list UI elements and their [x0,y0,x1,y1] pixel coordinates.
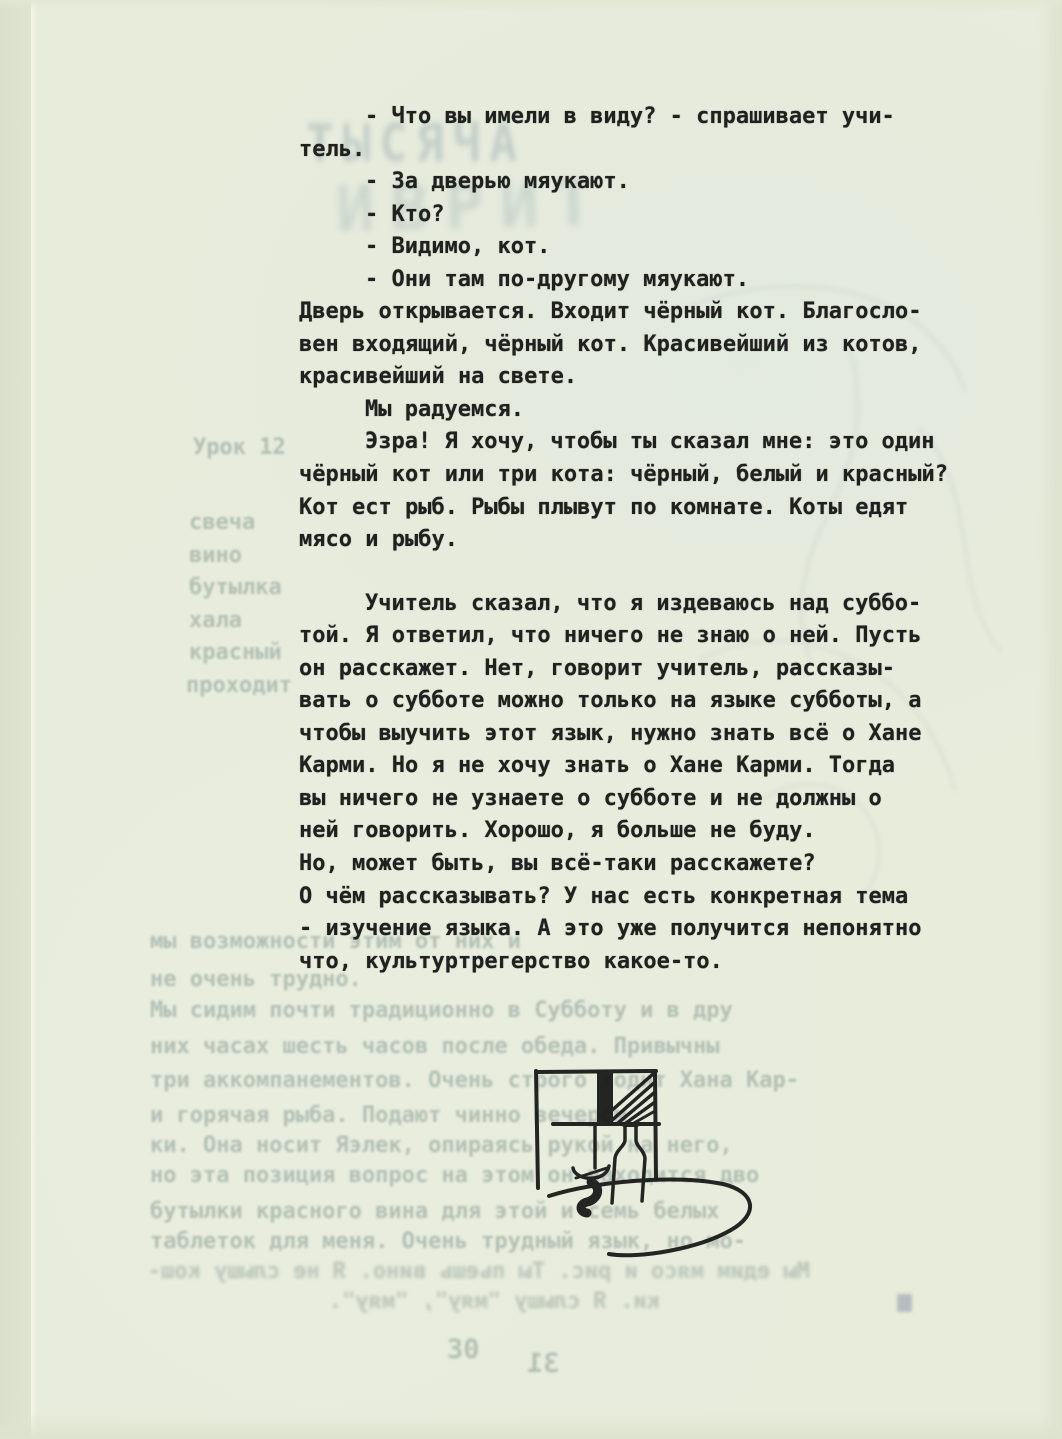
typed-line: чтобы выучить этот язык, нужно знать всё… [299,718,979,751]
typed-line: - Кто? [299,199,979,232]
ghost-page-number: 30 [447,1334,480,1365]
typed-line: Дверь открывается. Входит чёрный кот. Бл… [299,296,979,329]
typed-line: Кот ест рыб. Рыбы плывут по комнате. Кот… [299,492,979,525]
page-background: ТЫСЯЧА ИВРИТ Урок 12 свеча вино бутылка … [0,0,1062,1439]
ghost-vocab-word: красный [189,640,282,665]
typed-line: О чём рассказывать? У нас есть конкретна… [299,881,979,914]
page-edge-right [1038,0,1062,1439]
ink-smudge [897,1294,912,1312]
typed-line: ней говорить. Хорошо, я больше не буду. [299,815,979,848]
typed-line: - За дверью мяукают. [299,166,979,199]
ghost-vocab-word: вино [189,543,242,568]
typed-line: чёрный кот или три кота: чёрный, белый и… [299,459,979,492]
page-edge-top [0,0,1062,10]
ghost-text-line-mirrored: ки. Я слышу "мяу", "мяу". [150,1289,660,1314]
page-edge-left [0,0,31,1439]
typed-line: вен входящий, чёрный кот. Красивейший из… [299,329,979,362]
typed-line: - изучение языка. А это уже получится не… [299,913,979,946]
typed-line: что, культуртрегерство какое-то. [299,946,979,979]
ghost-vocab-word: бутылка [189,575,282,600]
typed-line: мясо и рыбу. [299,524,979,557]
ink-still-life-drawing [513,1056,768,1261]
page-edge-seam [31,0,37,1439]
ghost-text-line-mirrored: Мы едим мясо и рис. Ты пьешь вино. Я не … [150,1259,810,1284]
typed-line: вать о субботе можно только на языке суб… [299,685,979,718]
typed-line: - Видимо, кот. [299,231,979,264]
typed-line: Карми. Но я не хочу знать о Хане Карми. … [299,750,979,783]
ghost-text-line: Мы сидим почти традиционно в Субботу и в… [150,998,733,1023]
ghost-lesson-label: Урок 12 [193,435,286,460]
ghost-page-number-mirrored: 31 [527,1348,560,1379]
typed-line: вы ничего не узнаете о субботе и не долж… [299,783,979,816]
typed-line: Учитель сказал, что я издеваюсь над субб… [299,588,979,621]
scanned-book-page: { "typed": { "lines": [ "- Что вы имели … [0,0,1062,1439]
typed-line: - Они там по-другому мяукают. [299,264,979,297]
typed-line: - Что вы имели в виду? - спрашивает учи- [299,101,979,134]
typed-line: Но, может быть, вы всё-таки расскажете? [299,848,979,881]
page-edge-bottom [0,1413,1062,1439]
typed-line: он расскажет. Нет, говорит учитель, расс… [299,653,979,686]
typed-line: Эзра! Я хочу, чтобы ты сказал мне: это о… [299,426,979,459]
ghost-vocab-word: свеча [189,510,255,535]
ghost-vocab-word: проходит [186,673,292,698]
typed-line: Мы радуемся. [299,394,979,427]
typed-line: красивейший на свете. [299,361,979,394]
paragraph-gap [299,557,979,588]
typed-line: тель. [299,134,979,167]
ghost-vocab-word: хала [189,608,242,633]
typed-line: той. Я ответил, что ничего не знаю о ней… [299,620,979,653]
typed-text-block: - Что вы имели в виду? - спрашивает учи-… [299,101,979,978]
